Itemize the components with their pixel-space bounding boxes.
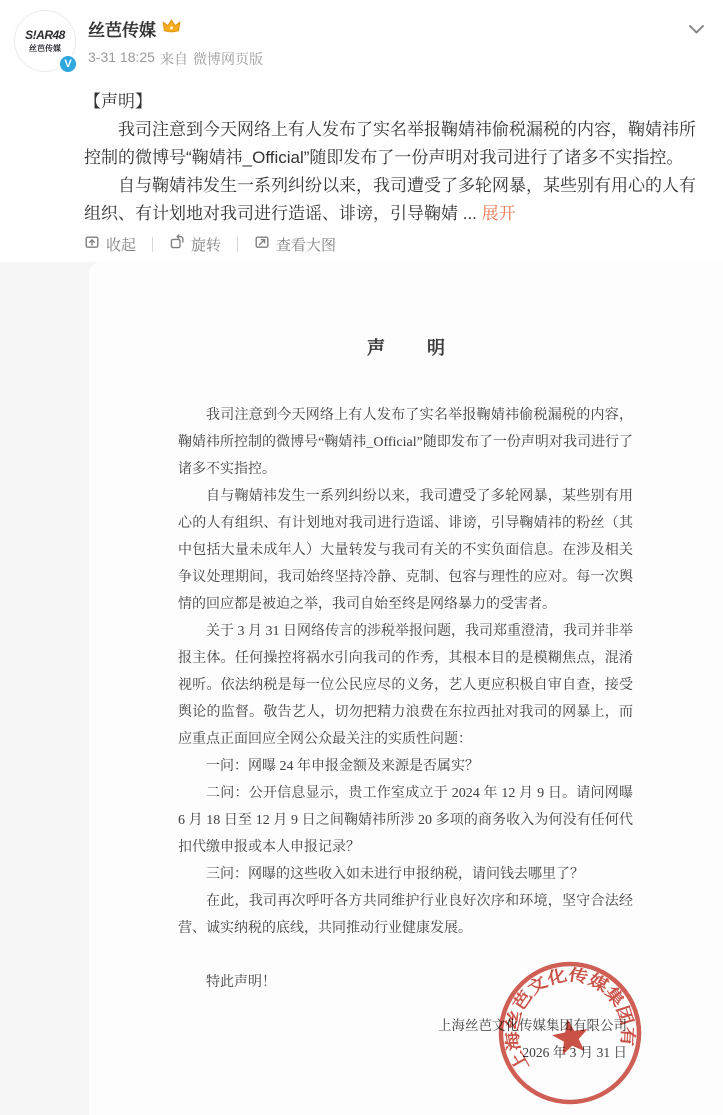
username[interactable]: 丝芭传媒 xyxy=(88,16,156,41)
view-large-button[interactable]: 查看大图 xyxy=(254,234,336,255)
header-text: 丝芭传媒 3-31 18:25 来自 微博网页版 xyxy=(88,16,673,69)
source-link[interactable]: 微博网页版 xyxy=(193,49,263,69)
post-text: 【声明】 我司注意到今天网络上有人发布了实名举报鞠婧祎偷税漏税的内容，鞠婧祎所控… xyxy=(84,88,704,228)
collapse-label: 收起 xyxy=(106,234,136,255)
doc-date: 2026 年 3 月 31 日 xyxy=(438,1039,627,1066)
doc-paragraph: 在此，我司再次呼吁各方共同维护行业良好次序和环境，坚守合法经营、诚实纳税的底线，… xyxy=(178,888,633,942)
doc-paragraph: 三问：网曝的这些收入如未进行申报纳税，请问钱去哪里了？ xyxy=(178,861,633,888)
expand-link[interactable]: 展开 xyxy=(482,204,516,223)
timestamp: 3-31 18:25 xyxy=(88,49,155,69)
doc-paragraph: 一问：网曝 24 年申报金额及来源是否属实？ xyxy=(178,753,633,780)
doc-title: 声 明 xyxy=(89,334,723,360)
view-large-label: 查看大图 xyxy=(276,234,336,255)
collapse-button[interactable]: 收起 xyxy=(84,234,136,255)
avatar-logo-top: S!AR48 xyxy=(25,28,65,42)
statement-image-area[interactable]: 声 明 我司注意到今天网络上有人发布了实名举报鞠婧祎偷税漏税的内容，鞠婧祎所控制… xyxy=(0,262,723,1115)
doc-paragraph: 我司注意到今天网络上有人发布了实名举报鞠婧祎偷税漏税的内容，鞠婧祎所控制的微博号… xyxy=(178,402,633,483)
doc-signature-block: 上海丝芭文化传媒集团有限公司 2026 年 3 月 31 日 xyxy=(438,1012,627,1066)
rotate-button[interactable]: 旋转 xyxy=(169,234,221,255)
rotate-icon xyxy=(169,234,185,254)
post-paragraph-1: 我司注意到今天网络上有人发布了实名举报鞠婧祎偷税漏税的内容，鞠婧祎所控制的微博号… xyxy=(84,116,704,172)
post-title: 【声明】 xyxy=(84,88,704,116)
weibo-post-page: S!AR48 丝芭传媒 V 丝芭传媒 3-31 18:25 来自 微博网页版 xyxy=(0,0,723,1115)
vip-crown-icon[interactable] xyxy=(162,18,181,39)
doc-body: 我司注意到今天网络上有人发布了实名举报鞠婧祎偷税漏税的内容，鞠婧祎所控制的微博号… xyxy=(178,402,633,996)
post-paragraph-2-text: 自与鞠婧祎发生一系列纠纷以来，我司遭受了多轮网暴，某些别有用心的人有组织、有计划… xyxy=(84,176,696,223)
post-meta: 3-31 18:25 来自 微博网页版 xyxy=(88,49,673,69)
chevron-down-icon[interactable] xyxy=(688,22,705,40)
source-prefix: 来自 xyxy=(160,49,188,69)
image-toolbar: 收起 旋转 查看大图 xyxy=(84,230,336,258)
verified-badge-icon: V xyxy=(58,54,78,74)
post-paragraph-2: 自与鞠婧祎发生一系列纠纷以来，我司遭受了多轮网暴，某些别有用心的人有组织、有计划… xyxy=(84,172,704,228)
doc-paragraph: 二问：公开信息显示，贵工作室成立于 2024 年 12 月 9 日。请问网曝 6… xyxy=(178,780,633,861)
rotate-label: 旋转 xyxy=(191,234,221,255)
statement-document: 声 明 我司注意到今天网络上有人发布了实名举报鞠婧祎偷税漏税的内容，鞠婧祎所控制… xyxy=(89,262,723,1115)
doc-paragraph: 关于 3 月 31 日网络传言的涉税举报问题，我司郑重澄清，我司并非举报主体。任… xyxy=(178,618,633,753)
view-large-icon xyxy=(254,234,270,254)
toolbar-divider xyxy=(237,237,238,252)
collapse-icon xyxy=(84,234,100,254)
avatar[interactable]: S!AR48 丝芭传媒 V xyxy=(14,10,76,72)
doc-paragraph: 自与鞠婧祎发生一系列纠纷以来，我司遭受了多轮网暴，某些别有用心的人有组织、有计划… xyxy=(178,483,633,618)
doc-closing: 特此声明！ xyxy=(178,969,633,996)
avatar-logo-bottom: 丝芭传媒 xyxy=(29,43,61,54)
doc-signature: 上海丝芭文化传媒集团有限公司 xyxy=(438,1012,627,1039)
post-header: S!AR48 丝芭传媒 V 丝芭传媒 3-31 18:25 来自 微博网页版 xyxy=(14,8,713,82)
toolbar-divider xyxy=(152,237,153,252)
